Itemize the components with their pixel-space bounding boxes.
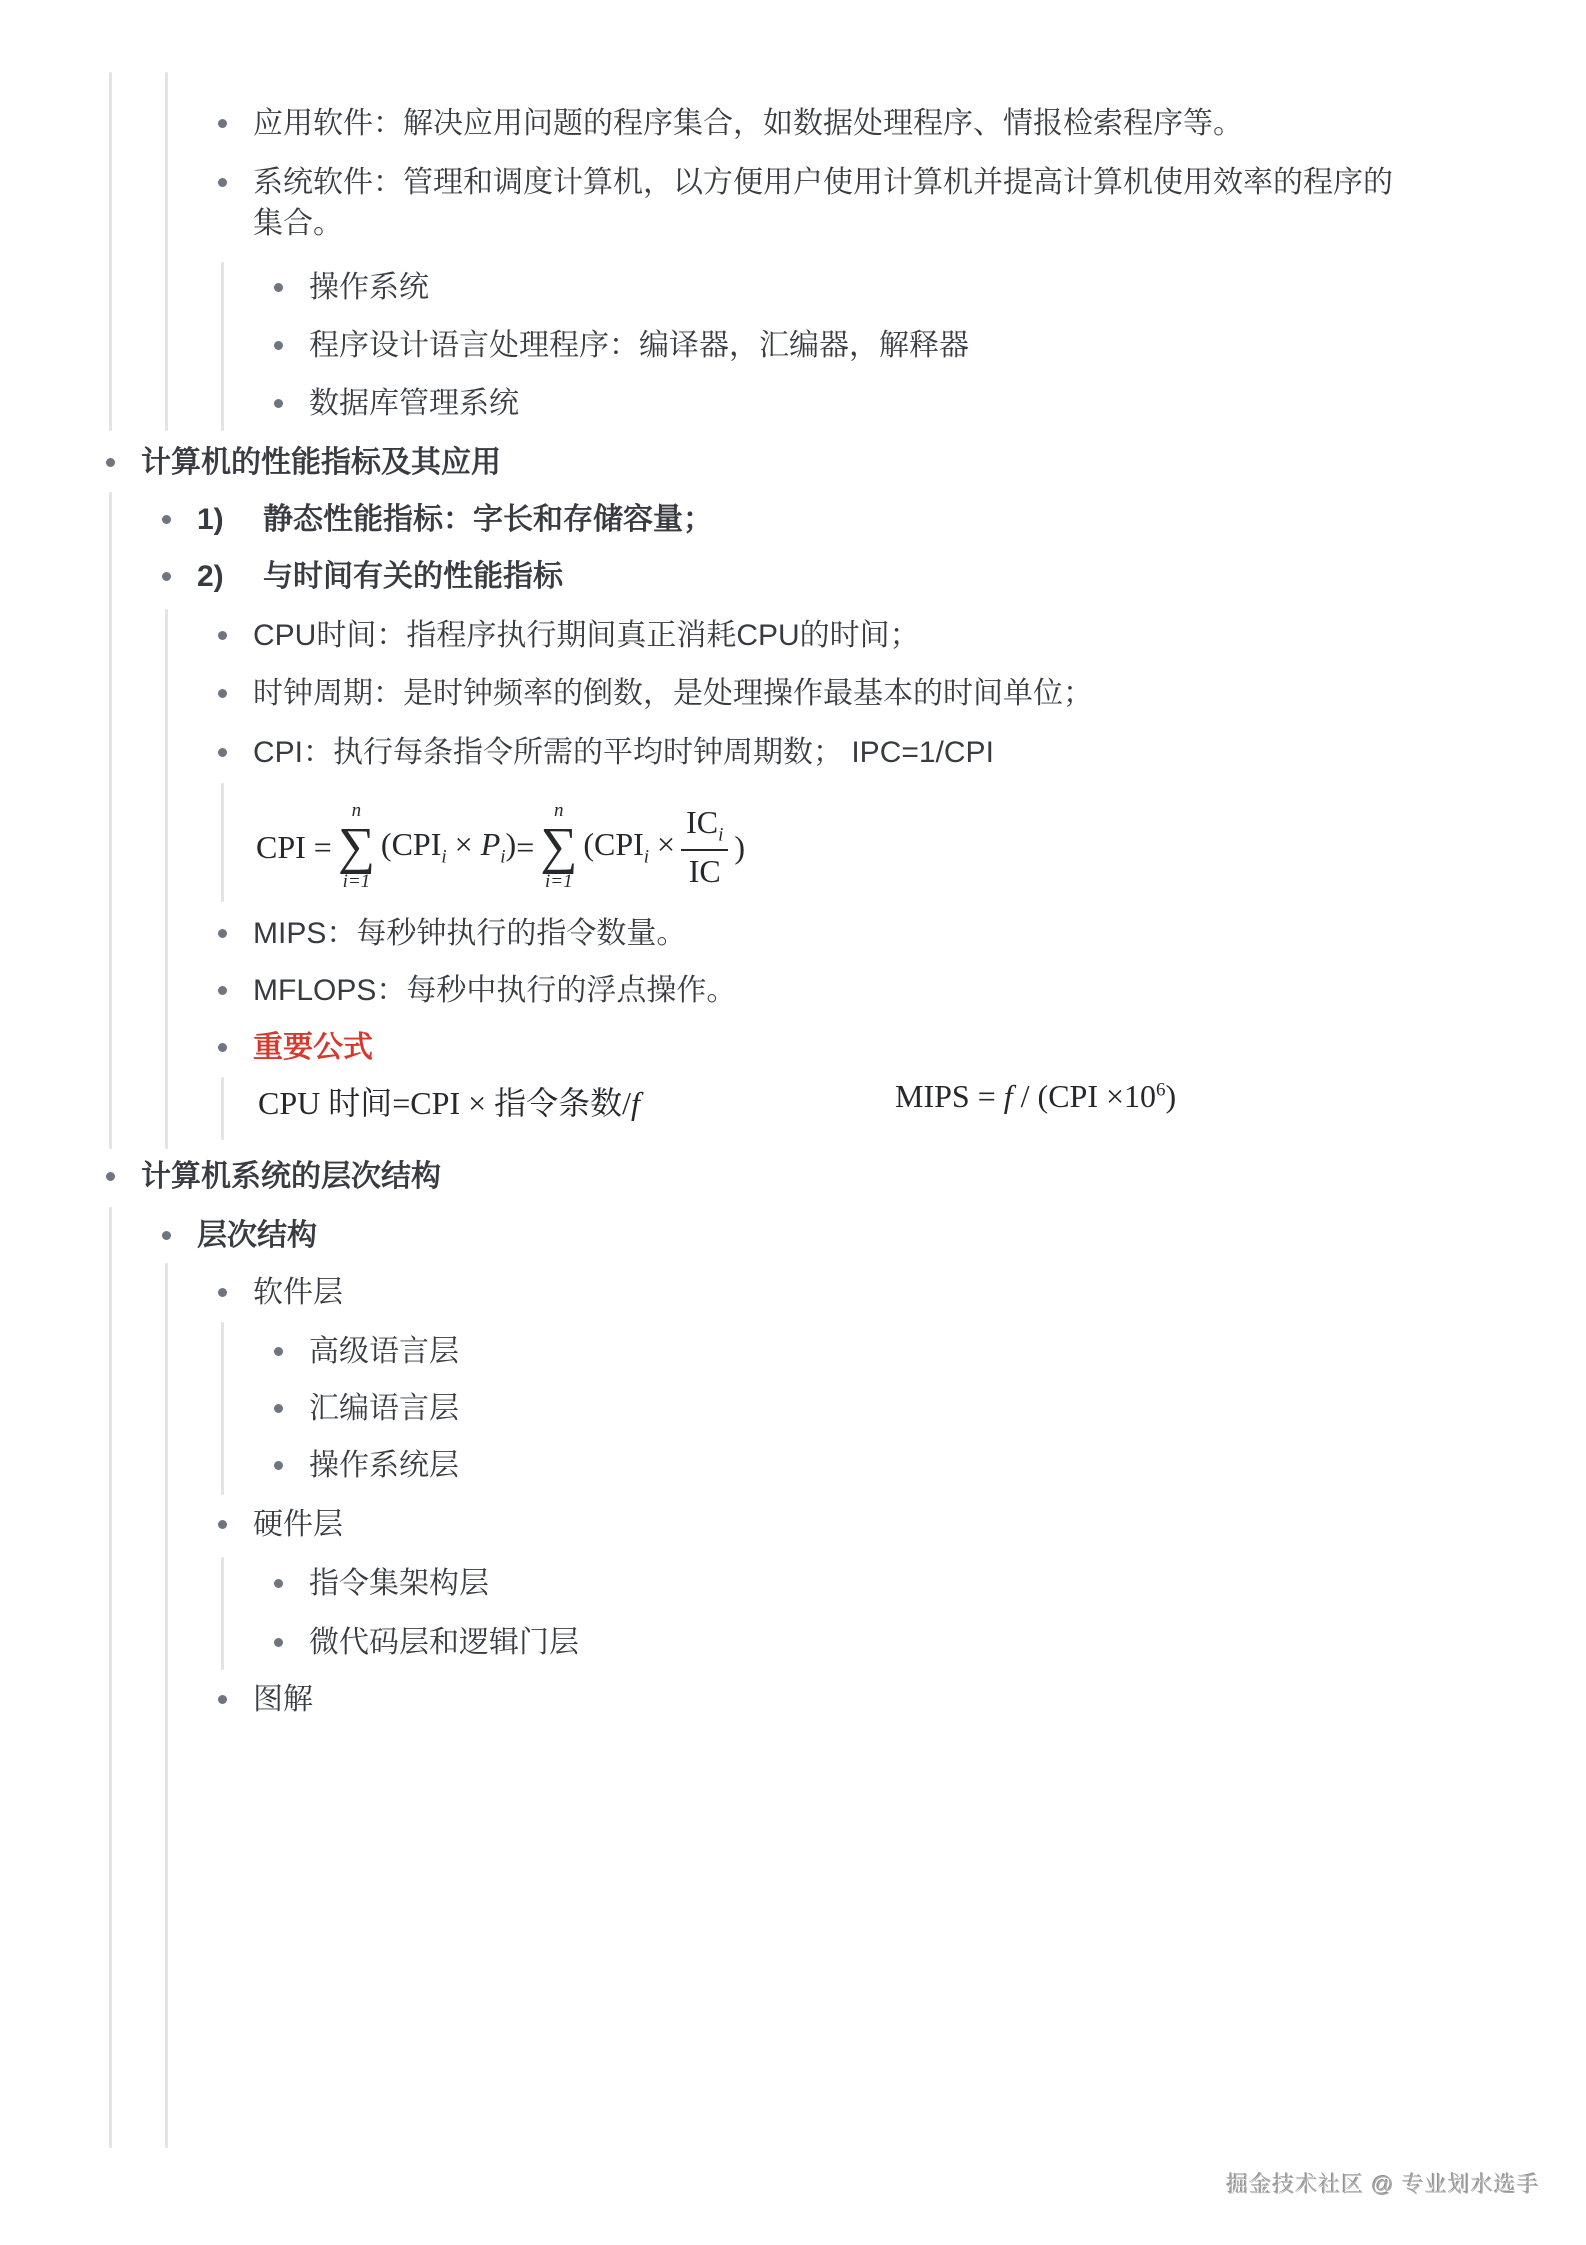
guide-line <box>165 72 168 431</box>
outline-item: 层次结构 <box>162 1215 317 1256</box>
bullet-icon <box>274 283 283 292</box>
outline-item: 指令集架构层 <box>274 1563 489 1604</box>
important-formulas: CPU 时间=CPI × 指令条数/f MIPS = f / (CPI ×106… <box>0 1078 1586 1132</box>
bullet-icon <box>274 1404 283 1413</box>
cpu-time-formula: CPU 时间=CPI × 指令条数/f <box>258 1078 640 1124</box>
outline-item: 计算机系统的层次结构 <box>106 1156 441 1197</box>
outline-item-label: 计算机系统的层次结构 <box>141 1156 441 1197</box>
guide-line <box>165 1263 168 2148</box>
bullet-icon <box>218 1695 227 1704</box>
guide-line <box>221 1557 224 1670</box>
outline-item: 程序设计语言处理程序：编译器，汇编器，解释器 <box>274 325 969 366</box>
bullet-icon <box>218 689 227 698</box>
item-number: 2) <box>197 556 263 597</box>
outline-item: CPI：执行每条指令所需的平均时钟周期数； IPC=1/CPI <box>218 732 994 773</box>
bullet-icon <box>218 631 227 640</box>
outline-item: 汇编语言层 <box>274 1388 459 1429</box>
outline-item: 操作系统 <box>274 267 429 308</box>
bullet-icon <box>162 1231 171 1240</box>
outline-item: 操作系统层 <box>274 1445 459 1486</box>
outline-item-label: MIPS：每秒钟执行的指令数量。 <box>253 913 686 954</box>
bullet-icon <box>274 1638 283 1647</box>
outline-item: CPU时间：指程序执行期间真正消耗CPU的时间； <box>218 615 920 656</box>
outline-item: 应用软件：解决应用问题的程序集合，如数据处理程序、情报检索程序等。 <box>218 103 1243 144</box>
outline-item: 系统软件：管理和调度计算机，以方便用户使用计算机并提高计算机使用效率的程序的集合… <box>218 162 1403 244</box>
outline-item-label: 操作系统 <box>309 267 429 308</box>
guide-line <box>221 262 224 431</box>
outline-item: 软件层 <box>218 1272 343 1313</box>
outline-item: 图解 <box>218 1679 313 1720</box>
bullet-icon <box>274 1347 283 1356</box>
fraction: ICi IC <box>681 804 728 889</box>
outline-item: 重要公式 <box>218 1027 373 1068</box>
bullet-icon <box>218 748 227 757</box>
bullet-icon <box>218 986 227 995</box>
guide-line <box>221 783 224 902</box>
outline-item-label: 重要公式 <box>253 1027 373 1068</box>
item-text: 与时间有关的性能指标 <box>263 560 563 593</box>
bullet-icon <box>218 1288 227 1297</box>
bullet-icon <box>218 1520 227 1529</box>
outline-item: MFLOPS：每秒中执行的浮点操作。 <box>218 970 736 1011</box>
outline-item-label: 操作系统层 <box>309 1445 459 1486</box>
outline-item-label: 系统软件：管理和调度计算机，以方便用户使用计算机并提高计算机使用效率的程序的集合… <box>253 162 1403 244</box>
bullet-icon <box>274 399 283 408</box>
notes-page: 应用软件：解决应用问题的程序集合，如数据处理程序、情报检索程序等。 系统软件：管… <box>0 0 1586 2245</box>
bullet-icon <box>162 515 171 524</box>
outline-item-label: 汇编语言层 <box>309 1388 459 1429</box>
guide-line <box>109 492 112 1149</box>
outline-item-label: CPU时间：指程序执行期间真正消耗CPU的时间； <box>253 615 920 656</box>
cpi-formula: CPI = n ∑ i=1 (CPIi × Pi) = n ∑ i=1 (CPI… <box>256 788 745 906</box>
outline-item-label: 程序设计语言处理程序：编译器，汇编器，解释器 <box>309 325 969 366</box>
outline-item-label: MFLOPS：每秒中执行的浮点操作。 <box>253 970 736 1011</box>
bullet-icon <box>106 1172 115 1181</box>
bullet-icon <box>218 178 227 187</box>
outline-item: MIPS：每秒钟执行的指令数量。 <box>218 913 686 954</box>
outline-item-label: 2)与时间有关的性能指标 <box>197 556 563 597</box>
bullet-icon <box>218 929 227 938</box>
outline-item-label: 计算机的性能指标及其应用 <box>141 442 501 483</box>
outline-item-label: 软件层 <box>253 1272 343 1313</box>
bullet-icon <box>162 572 171 581</box>
outline-item: 硬件层 <box>218 1504 343 1545</box>
bullet-icon <box>218 1043 227 1052</box>
outline-item-label: 指令集架构层 <box>309 1563 489 1604</box>
bullet-icon <box>274 341 283 350</box>
guide-line <box>165 609 168 1149</box>
outline-item-label: 硬件层 <box>253 1504 343 1545</box>
watermark: 掘金技术社区 @ 专业划水选手 <box>1226 2168 1540 2199</box>
outline-item: 计算机的性能指标及其应用 <box>106 442 501 483</box>
outline-item: 1)静态性能指标：字长和存储容量； <box>162 499 713 540</box>
bullet-icon <box>274 1461 283 1470</box>
bullet-icon <box>218 119 227 128</box>
guide-line <box>109 1207 112 2148</box>
bullet-icon <box>274 1579 283 1588</box>
outline-item: 高级语言层 <box>274 1331 459 1372</box>
guide-line <box>221 1322 224 1495</box>
outline-item: 时钟周期：是时钟频率的倒数，是处理操作最基本的时间单位； <box>218 673 1093 714</box>
outline-item: 2)与时间有关的性能指标 <box>162 556 563 597</box>
outline-item-label: 图解 <box>253 1679 313 1720</box>
bullet-icon <box>106 458 115 467</box>
sigma-symbol: n ∑ i=1 <box>540 801 577 892</box>
outline-item-label: 时钟周期：是时钟频率的倒数，是处理操作最基本的时间单位； <box>253 673 1093 714</box>
outline-item-label: 层次结构 <box>197 1215 317 1256</box>
outline-item-label: 微代码层和逻辑门层 <box>309 1622 579 1663</box>
sigma-symbol: n ∑ i=1 <box>338 801 375 892</box>
item-number: 1) <box>197 499 263 540</box>
item-text: 静态性能指标：字长和存储容量； <box>263 503 713 536</box>
outline-item-label: 应用软件：解决应用问题的程序集合，如数据处理程序、情报检索程序等。 <box>253 103 1243 144</box>
outline-item: 微代码层和逻辑门层 <box>274 1622 579 1663</box>
outline-item-label: 高级语言层 <box>309 1331 459 1372</box>
outline-item: 数据库管理系统 <box>274 383 519 424</box>
formula-lhs: CPI = <box>256 829 332 866</box>
outline-item-label: CPI：执行每条指令所需的平均时钟周期数； IPC=1/CPI <box>253 732 994 773</box>
outline-item-label: 数据库管理系统 <box>309 383 519 424</box>
guide-line <box>109 72 112 431</box>
mips-formula: MIPS = f / (CPI ×106) <box>895 1078 1176 1115</box>
outline-item-label: 1)静态性能指标：字长和存储容量； <box>197 499 713 540</box>
